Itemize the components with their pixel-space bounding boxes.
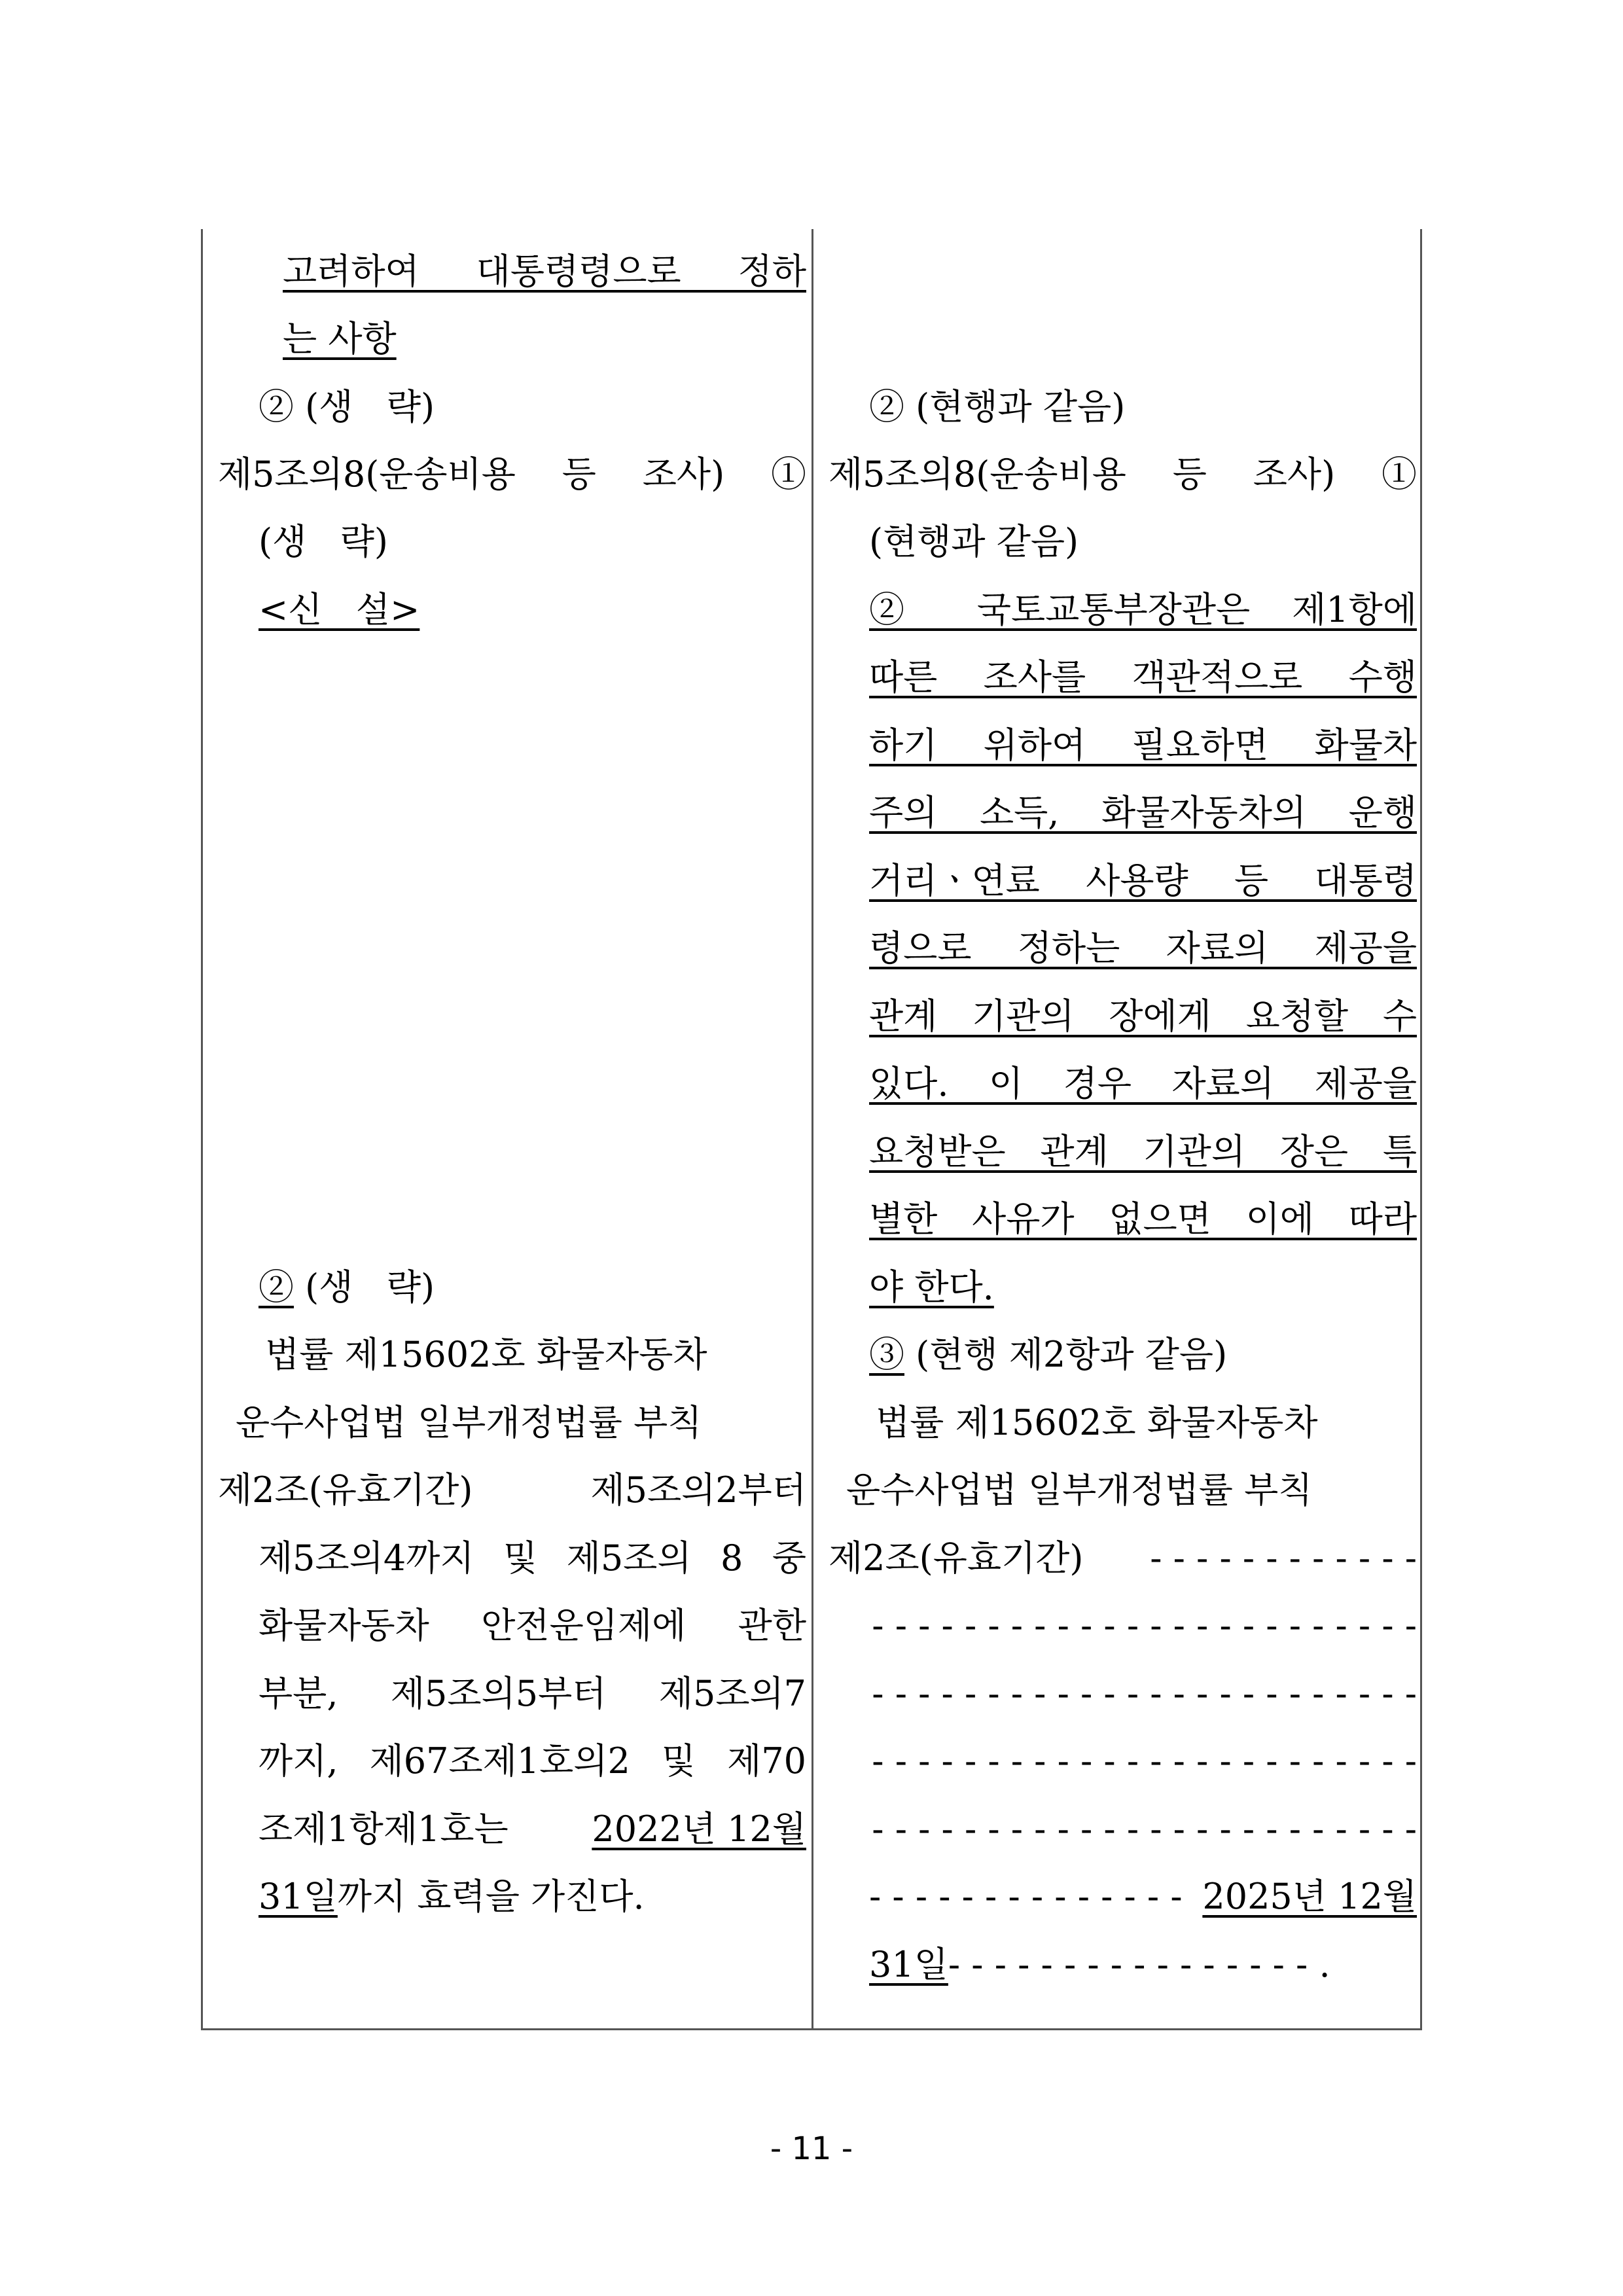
supplementary-heading: 운수사업법 일부개정법률 부칙 bbox=[236, 1397, 702, 1449]
article-heading: 제5조의8(운송비용 등 조사) ① bbox=[829, 448, 1417, 501]
document-page: 고려하여 대통령령으로 정하 는 사항 ② (생 략) 제5조의8(운송비용 등… bbox=[0, 0, 1623, 2296]
text-line: 고려하여 대통령령으로 정하 bbox=[283, 245, 806, 298]
same-as-current-dashes: - - - - - - - - - - - - - - - - - - - - … bbox=[869, 1668, 1417, 1720]
supplementary-heading: 법률 제15602호 화물자동차 bbox=[876, 1397, 1318, 1449]
paragraph-omitted: ② (생 략) bbox=[259, 1261, 435, 1314]
new-paragraph-line: 야 한다. bbox=[869, 1261, 994, 1314]
article-text: 조제1항제1호는 2022년 12월 bbox=[259, 1803, 806, 1856]
text-line: 는 사항 bbox=[283, 313, 397, 365]
new-paragraph-line: 있다. 이 경우 자료의 제공을 bbox=[869, 1058, 1417, 1110]
newly-established-marker: <신 설> bbox=[259, 584, 419, 636]
new-paragraph-line: 령으로 정하는 자료의 제공을 bbox=[869, 922, 1417, 975]
article-text: 31일까지 효력을 가진다. bbox=[259, 1871, 645, 1923]
paragraph-same: (현행과 같음) bbox=[869, 516, 1079, 568]
same-as-current-dashes: - - - - - - - - - - - - - - - - - - - - … bbox=[869, 1600, 1417, 1652]
paragraph-same: ② (현행과 같음) bbox=[869, 381, 1125, 433]
new-paragraph-line: 하기 위하여 필요하면 화물차 bbox=[869, 719, 1417, 772]
article-text: - - - - - - - - - - - - - -2025년 12월 bbox=[869, 1871, 1417, 1923]
paragraph-omitted: ② (생 략) bbox=[259, 381, 435, 433]
article-text: 제5조의4까지 및 제5조의 8 중 bbox=[259, 1532, 806, 1585]
article-text: 31일- - - - - - - - - - - - - - - - . bbox=[869, 1939, 1330, 1991]
paragraph-omitted: (생 략) bbox=[259, 516, 388, 568]
new-paragraph-line: 관계 기관의 장에게 요청할 수 bbox=[869, 990, 1417, 1043]
new-paragraph-line: ② 국토교통부장관은 제1항에 bbox=[869, 584, 1417, 636]
paragraph-same: ③ (현행 제2항과 같음) bbox=[869, 1329, 1227, 1381]
article-text: 제2조(유효기간) 제5조의2부터 bbox=[218, 1464, 806, 1516]
supplementary-heading: 운수사업법 일부개정법률 부칙 bbox=[846, 1464, 1312, 1516]
supplementary-heading: 법률 제15602호 화물자동차 bbox=[265, 1329, 707, 1381]
article-text: 제2조(유효기간) - - - - - - - - - - - - bbox=[829, 1532, 1417, 1585]
column-divider bbox=[811, 229, 813, 2030]
same-as-current-dashes: - - - - - - - - - - - - - - - - - - - - … bbox=[869, 1803, 1417, 1856]
new-paragraph-line: 요청받은 관계 기관의 장은 특 bbox=[869, 1126, 1417, 1178]
article-text: 부분, 제5조의5부터 제5조의7 bbox=[259, 1668, 806, 1720]
new-paragraph-line: 거리ㆍ연료 사용량 등 대통령 bbox=[869, 855, 1417, 907]
article-text: 화물자동차 안전운임제에 관한 bbox=[259, 1600, 806, 1652]
new-paragraph-line: 별한 사유가 없으면 이에 따라 bbox=[869, 1193, 1417, 1246]
new-paragraph-line: 주의 소득, 화물자동차의 운행 bbox=[869, 787, 1417, 839]
page-number: - 11 - bbox=[0, 2130, 1623, 2167]
article-heading: 제5조의8(운송비용 등 조사) ① bbox=[218, 448, 806, 501]
new-paragraph-line: 따른 조사를 객관적으로 수행 bbox=[869, 651, 1417, 704]
article-text: 까지, 제67조제1호의2 및 제70 bbox=[259, 1735, 806, 1787]
same-as-current-dashes: - - - - - - - - - - - - - - - - - - - - … bbox=[869, 1735, 1417, 1787]
